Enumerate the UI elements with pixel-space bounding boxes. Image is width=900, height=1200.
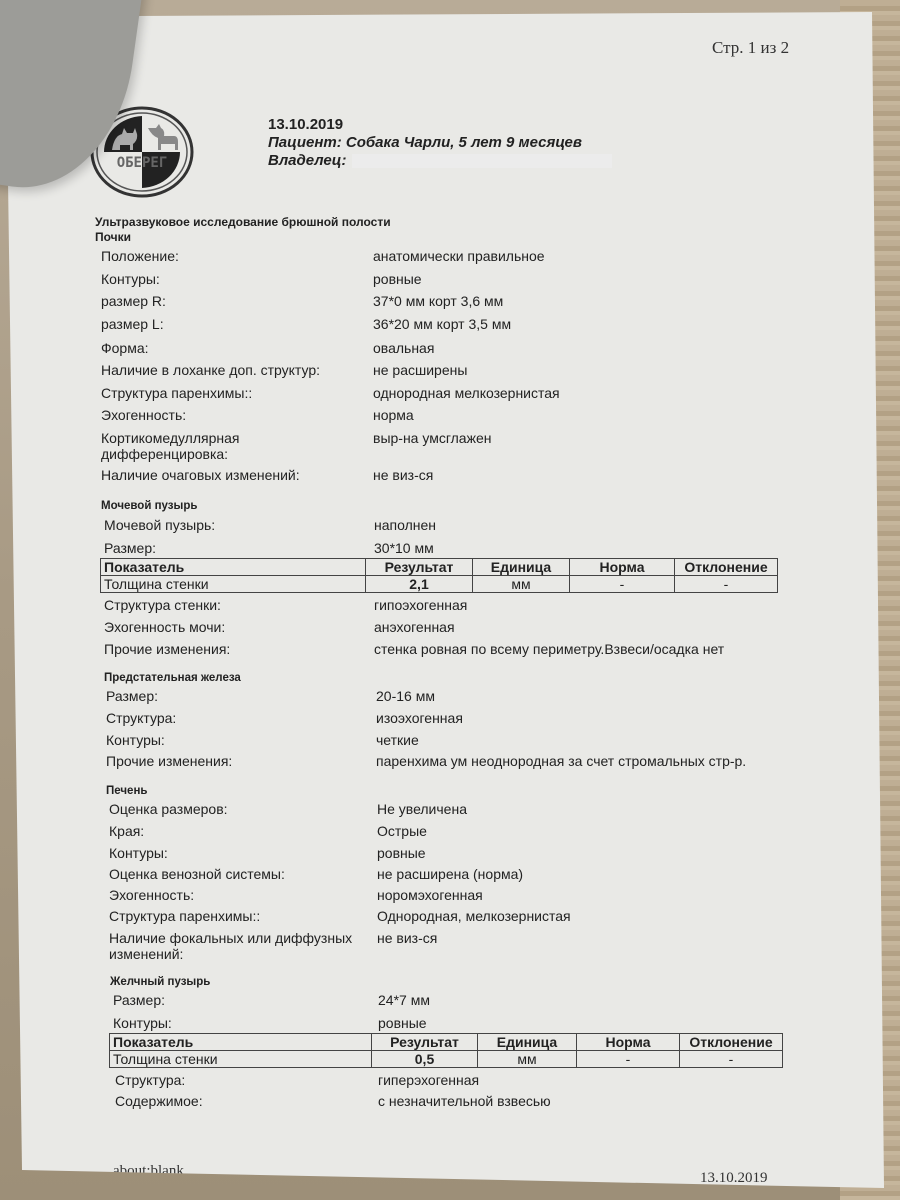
field-label: Структура:	[106, 710, 356, 726]
paper-sheet: Стр. 1 из 2 ОБЕРЕГ 13.10.2019 Пациент: С…	[0, 0, 900, 1200]
field-value: не расширена (норма)	[377, 866, 523, 882]
field-label: Наличие в лоханке доп. структур:	[101, 362, 351, 378]
field-label: Эхогенность:	[101, 407, 351, 423]
table-cell: -	[570, 576, 675, 593]
field-value: норомэхогенная	[377, 887, 483, 903]
field-label: Структура паренхимы::	[101, 385, 351, 401]
exam-title: Ультразвуковое исследование брюшной поло…	[95, 215, 391, 230]
report-page: Стр. 1 из 2 ОБЕРЕГ 13.10.2019 Пациент: С…	[0, 0, 900, 1200]
field-value: ровные	[377, 845, 426, 861]
field-value: норма	[373, 407, 414, 423]
field-value: 20-16 мм	[376, 688, 435, 704]
column-header: Отклонение	[680, 1034, 783, 1051]
table-cell: мм	[473, 576, 570, 593]
report-title: Ультразвуковое исследование брюшной поло…	[95, 215, 391, 245]
field-label: Размер:	[106, 688, 356, 704]
footer-url: about:blank	[113, 1163, 184, 1180]
field-value: 37*0 мм корт 3,6 мм	[373, 293, 503, 309]
field-value: паренхима ум неоднородная за счет строма…	[376, 753, 746, 769]
table-cell: мм	[478, 1051, 577, 1068]
field-value: гипоэхогенная	[374, 597, 467, 613]
field-label: Наличие фокальных или диффузных изменени…	[109, 930, 364, 962]
section-heading-prostate: Предстательная железа	[104, 672, 241, 684]
indicator-table: ПоказательРезультатЕдиницаНормаОтклонени…	[100, 558, 778, 593]
field-label: Контуры:	[109, 845, 364, 861]
field-label: Контуры:	[101, 271, 351, 287]
field-label: Размер:	[113, 992, 363, 1008]
table-cell: -	[577, 1051, 680, 1068]
column-header: Результат	[372, 1034, 478, 1051]
field-value: стенка ровная по всему периметру.Взвеси/…	[374, 641, 724, 657]
section-heading-liver: Печень	[106, 785, 147, 797]
field-value: овальная	[373, 340, 434, 356]
footer-date: 13.10.2019	[700, 1170, 768, 1187]
field-value: с незначительной взвесью	[378, 1093, 551, 1109]
column-header: Показатель	[110, 1034, 372, 1051]
report-header: 13.10.2019 Пациент: Собака Чарли, 5 лет …	[268, 116, 612, 170]
field-label: Кортикомедуллярная дифференцировка:	[101, 430, 351, 462]
section-heading-kidneys: Почки	[95, 230, 391, 245]
field-label: Положение:	[101, 248, 351, 264]
field-value: выр-на умсглажен	[373, 430, 491, 446]
field-value: изоэхогенная	[376, 710, 463, 726]
column-header: Единица	[478, 1034, 577, 1051]
field-label: Контуры:	[113, 1015, 363, 1031]
table-cell: -	[680, 1051, 783, 1068]
column-header: Норма	[570, 559, 675, 576]
field-label: размер L:	[101, 316, 351, 332]
field-value: 30*10 мм	[374, 540, 434, 556]
owner-redacted	[352, 154, 612, 168]
report-date: 13.10.2019	[268, 116, 612, 134]
field-value: Острые	[377, 823, 427, 839]
field-value: не расширены	[373, 362, 467, 378]
field-label: Края:	[109, 823, 364, 839]
field-value: ровные	[378, 1015, 427, 1031]
field-value: 24*7 мм	[378, 992, 430, 1008]
field-label: Контуры:	[106, 732, 356, 748]
field-value: Однородная, мелкозернистая	[377, 908, 571, 924]
indicator-table: ПоказательРезультатЕдиницаНормаОтклонени…	[109, 1033, 783, 1068]
table-cell: 2,1	[366, 576, 473, 593]
field-value: ровные	[373, 271, 422, 287]
field-label: Прочие изменения:	[106, 753, 356, 769]
field-label: Размер:	[104, 540, 354, 556]
owner-label: Владелец:	[268, 152, 346, 169]
column-header: Отклонение	[675, 559, 778, 576]
field-label: Мочевой пузырь:	[104, 517, 354, 533]
field-value: наполнен	[374, 517, 436, 533]
field-label: Наличие очаговых изменений:	[101, 467, 351, 483]
patient-info: Пациент: Собака Чарли, 5 лет 9 месяцев	[268, 134, 612, 152]
field-label: Эхогенность:	[109, 887, 364, 903]
table-cell: -	[675, 576, 778, 593]
field-label: Оценка венозной системы:	[109, 866, 364, 882]
table-cell: Толщина стенки	[110, 1051, 372, 1068]
page-number: Стр. 1 из 2	[712, 38, 789, 58]
field-value: анэхогенная	[374, 619, 455, 635]
field-value: не виз-ся	[377, 930, 437, 946]
field-label: Структура паренхимы::	[109, 908, 364, 924]
table-cell: Толщина стенки	[101, 576, 366, 593]
field-label: Содержимое:	[115, 1093, 365, 1109]
table-header-row: ПоказательРезультатЕдиницаНормаОтклонени…	[101, 559, 778, 576]
owner-line: Владелец:	[268, 152, 612, 170]
field-value: не виз-ся	[373, 467, 433, 483]
column-header: Результат	[366, 559, 473, 576]
section-heading-gallbladder: Желчный пузырь	[110, 976, 210, 988]
field-label: Прочие изменения:	[104, 641, 354, 657]
field-value: Не увеличена	[377, 801, 467, 817]
column-header: Норма	[577, 1034, 680, 1051]
table-row: Толщина стенки2,1мм--	[101, 576, 778, 593]
field-label: размер R:	[101, 293, 351, 309]
field-value: анатомически правильное	[373, 248, 545, 264]
field-label: Оценка размеров:	[109, 801, 364, 817]
column-header: Показатель	[101, 559, 366, 576]
field-value: гиперэхогенная	[378, 1072, 479, 1088]
field-value: 36*20 мм корт 3,5 мм	[373, 316, 511, 332]
table-row: Толщина стенки0,5мм--	[110, 1051, 783, 1068]
field-label: Структура:	[115, 1072, 365, 1088]
table-cell: 0,5	[372, 1051, 478, 1068]
field-label: Эхогенность мочи:	[104, 619, 354, 635]
section-heading-bladder: Мочевой пузырь	[101, 500, 197, 512]
table-header-row: ПоказательРезультатЕдиницаНормаОтклонени…	[110, 1034, 783, 1051]
svg-text:ОБЕРЕГ: ОБЕРЕГ	[117, 155, 168, 171]
field-value: однородная мелкозернистая	[373, 385, 560, 401]
field-label: Форма:	[101, 340, 351, 356]
column-header: Единица	[473, 559, 570, 576]
field-label: Структура стенки:	[104, 597, 354, 613]
field-value: четкие	[376, 732, 419, 748]
